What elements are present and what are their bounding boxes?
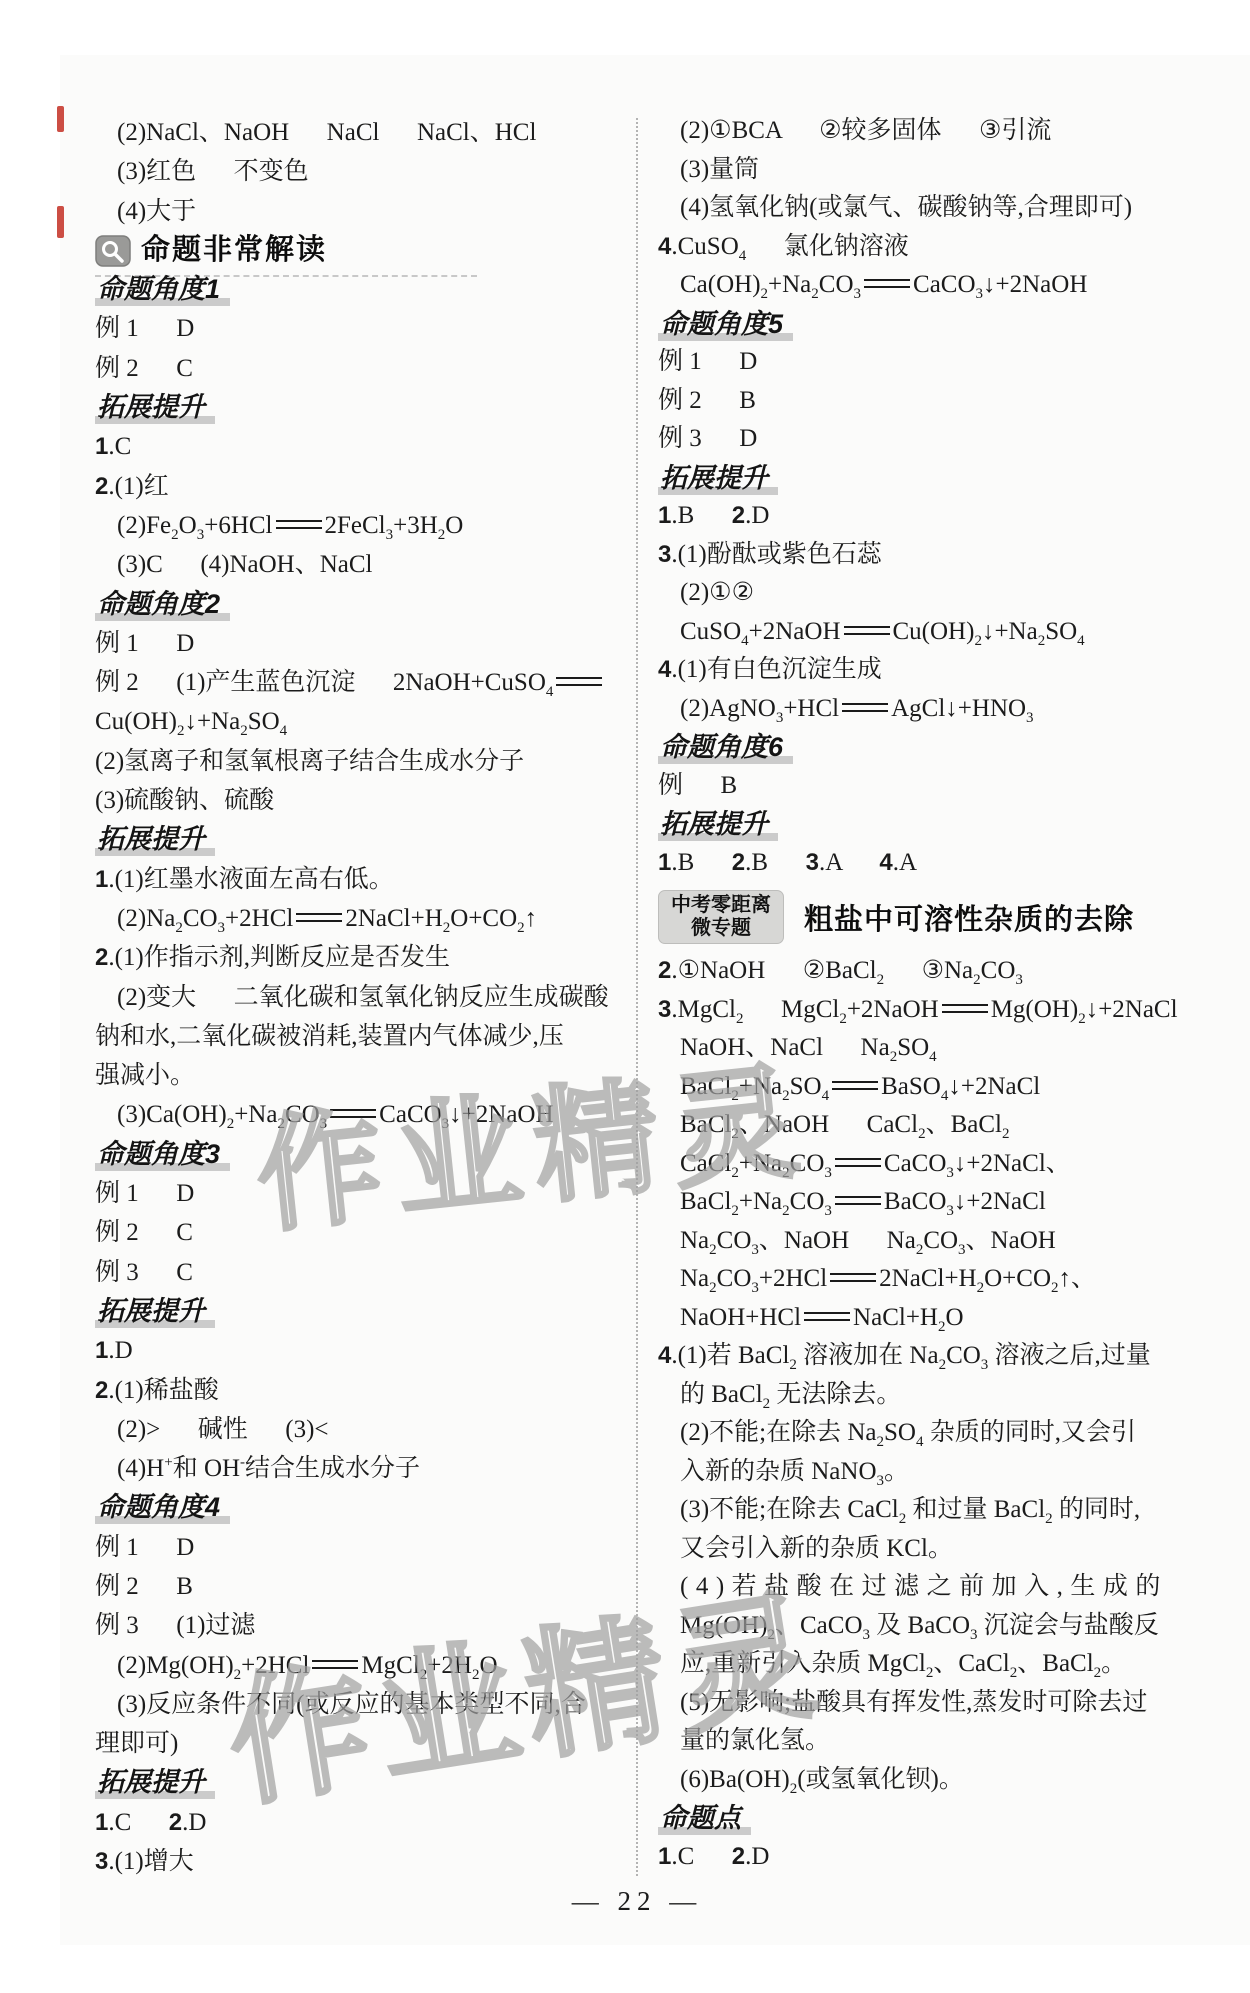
sub-heading: 拓展提升 (658, 459, 1203, 498)
answer-line: (2)Mg(OH)2+2HClMgCl2+2H2O (95, 1646, 640, 1685)
heading-text: 拓展提升 (95, 392, 215, 424)
answer-line: 4.CuSO4 氯化钠溶液 (658, 228, 1203, 267)
special-topic-title: 粗盐中可溶性杂质的去除 (804, 897, 1134, 938)
answer-line: 例 2 C (95, 1213, 640, 1252)
answer-line: 2.①NaOH ②BaCl2 ③Na2CO3 (658, 952, 1203, 991)
answer-line: 例 2 C (95, 349, 640, 388)
answer-line: 应,重新引入杂质 MgCl2、CaCl2、BaCl2。 (658, 1645, 1203, 1684)
scanned-answer-page: (2)NaCl、NaOH NaCl NaCl、HCl(3)红色 不变色(4)大于… (0, 0, 1250, 1993)
answer-line: 3.MgCl2 MgCl2+2NaOHMg(OH)2↓+2NaCl (658, 991, 1203, 1030)
answer-line: (3)C (4)NaOH、NaCl (95, 545, 640, 584)
heading-text: 命题角度4 (95, 1492, 230, 1524)
double-equals (844, 626, 890, 635)
answer-line: (2)氢离子和氢氧根离子结合生成水分子 (95, 742, 640, 781)
double-equals (296, 913, 342, 922)
answer-line: 例 1 D (95, 624, 640, 663)
answer-line: 1.C (95, 427, 640, 466)
answer-line: (3)不能;在除去 CaCl2 和过量 BaCl2 的同时, (658, 1491, 1203, 1530)
angle-heading: 命题角度6 (658, 728, 1203, 767)
answer-line: 3.(1)酚酞或紫色石蕊 (658, 536, 1203, 575)
answer-line: 例 3 (1)过滤 (95, 1606, 640, 1645)
heading-text: 拓展提升 (95, 1296, 215, 1328)
sub-heading: 拓展提升 (95, 1292, 640, 1331)
special-topic-row: 中考零距离微专题粗盐中可溶性杂质的去除 (658, 882, 1203, 952)
heading-text: 命题点 (658, 1803, 751, 1835)
answer-line: Na2CO3+2HCl2NaCl+H2O+CO2↑、 (658, 1260, 1203, 1299)
heading-text: 命题角度3 (95, 1139, 230, 1171)
right-column: (2)①BCA ②较多固体 ③引流(3)量筒(4)氢氧化钠(或氯气、碳酸钠等,合… (658, 112, 1203, 1876)
page-number: — 22 — (572, 1886, 703, 1916)
answer-line: (2)①② (658, 574, 1203, 613)
double-equals (842, 703, 888, 712)
answer-line: 1.B 2.D (658, 497, 1203, 536)
answer-line: 1.C 2.D (658, 1838, 1203, 1877)
answer-line: (2)不能;在除去 Na2SO4 杂质的同时,又会引 (658, 1414, 1203, 1453)
answer-line: 例 3 C (95, 1253, 640, 1292)
answer-line: 2.(1)红 (95, 467, 640, 506)
answer-line: CaCl2+Na2CO3CaCO3↓+2NaCl、 (658, 1145, 1203, 1184)
answer-line: 例 2 B (95, 1567, 640, 1606)
answer-line: 入新的杂质 NaNO3。 (658, 1453, 1203, 1492)
section-header-title: 命题非常解读 (141, 231, 327, 270)
answer-line: (3)硫酸钠、硫酸 (95, 781, 640, 820)
answer-line: (4)氢氧化钠(或氯气、碳酸钠等,合理即可) (658, 189, 1203, 228)
answer-line: (2)> 碱性 (3)< (95, 1410, 640, 1449)
answer-line: 例 1 D (658, 343, 1203, 382)
double-equals (556, 677, 602, 686)
special-topic-badge: 中考零距离微专题 (658, 890, 784, 944)
heading-text: 命题角度5 (658, 309, 793, 341)
sub-heading: 拓展提升 (658, 805, 1203, 844)
double-equals (276, 520, 322, 529)
left-column: (2)NaCl、NaOH NaCl NaCl、HCl(3)红色 不变色(4)大于… (95, 113, 640, 1881)
section-header: 命题非常解读 (95, 231, 640, 270)
answer-line: (2)AgNO3+HClAgCl↓+HNO3 (658, 690, 1203, 729)
angle-heading: 命题角度3 (95, 1135, 640, 1174)
sub-heading: 拓展提升 (95, 1763, 640, 1802)
magnifier-icon (95, 234, 131, 268)
red-scan-mark (57, 106, 64, 132)
answer-line: 4.(1)若 BaCl2 溶液加在 Na2CO3 溶液之后,过量 (658, 1337, 1203, 1376)
heading-text: 拓展提升 (658, 463, 778, 495)
answer-line: 例 B (658, 767, 1203, 806)
answer-line: (3)反应条件不同(或反应的基本类型不同,合 (95, 1685, 640, 1724)
answer-line: Na2CO3、NaOH Na2CO3、NaOH (658, 1222, 1203, 1261)
answer-line: 4.(1)有白色沉淀生成 (658, 651, 1203, 690)
answer-line: 强减小。 (95, 1056, 640, 1095)
answer-line: (4)若盐酸在过滤之前加入,生成的 (658, 1568, 1203, 1607)
answer-line: 例 3 D (658, 420, 1203, 459)
answer-line: 1.B 2.B 3.A 4.A (658, 844, 1203, 883)
answer-line: 又会引入新的杂质 KCl。 (658, 1530, 1203, 1569)
answer-line: Cu(OH)2↓+Na2SO4 (95, 702, 640, 741)
answer-line: NaOH、NaCl Na2SO4 (658, 1029, 1203, 1068)
answer-line: 2.(1)作指示剂,判断反应是否发生 (95, 938, 640, 977)
answer-line: 3.(1)增大 (95, 1842, 640, 1881)
answer-line: NaOH+HClNaCl+H2O (658, 1299, 1203, 1338)
answer-line: 例 2 B (658, 382, 1203, 421)
answer-line: 1.(1)红墨水液面左高右低。 (95, 860, 640, 899)
answer-line: (4)H+和 OH-结合生成水分子 (95, 1449, 640, 1488)
answer-line: (3)红色 不变色 (95, 152, 640, 191)
answer-line: 2.(1)稀盐酸 (95, 1371, 640, 1410)
sub-heading: 拓展提升 (95, 820, 640, 859)
answer-line: 的 BaCl2 无法除去。 (658, 1376, 1203, 1415)
answer-line: CuSO4+2NaOHCu(OH)2↓+Na2SO4 (658, 613, 1203, 652)
double-equals (832, 1081, 878, 1090)
sub-heading: 拓展提升 (95, 388, 640, 427)
answer-line: 1.C 2.D (95, 1803, 640, 1842)
double-equals (804, 1312, 850, 1321)
answer-line: (3)Ca(OH)2+Na2CO3CaCO3↓+2NaOH (95, 1095, 640, 1134)
answer-line: Ca(OH)2+Na2CO3CaCO3↓+2NaOH (658, 266, 1203, 305)
heading-text: 拓展提升 (658, 809, 778, 841)
sub-heading: 命题点 (658, 1799, 1203, 1838)
answer-line: (2)Fe2O3+6HCl2FeCl3+3H2O (95, 506, 640, 545)
answer-line: (5)无影响;盐酸具有挥发性,蒸发时可除去过 (658, 1684, 1203, 1723)
answer-line: (3)量筒 (658, 151, 1203, 190)
answer-line: (2)Na2CO3+2HCl2NaCl+H2O+CO2↑ (95, 899, 640, 938)
angle-heading: 命题角度2 (95, 585, 640, 624)
double-equals (835, 1196, 881, 1205)
answer-line: BaCl2+Na2CO3BaCO3↓+2NaCl (658, 1183, 1203, 1222)
double-equals (312, 1660, 358, 1669)
heading-text: 命题角度1 (95, 274, 230, 306)
double-equals (864, 279, 910, 288)
answer-line: 理即可) (95, 1724, 640, 1763)
answer-line: (2)NaCl、NaOH NaCl NaCl、HCl (95, 113, 640, 152)
heading-text: 命题角度6 (658, 732, 793, 764)
answer-line: BaCl2+Na2SO4BaSO4↓+2NaCl (658, 1068, 1203, 1107)
answer-line: BaCl2、NaOH CaCl2、BaCl2 (658, 1106, 1203, 1145)
answer-line: (4)大于 (95, 192, 640, 231)
page-footer: — 22 — (0, 1886, 1250, 1917)
answer-line: 例 1 D (95, 309, 640, 348)
answer-line: 量的氯化氢。 (658, 1722, 1203, 1761)
red-scan-mark (57, 206, 64, 238)
answer-line: 例 1 D (95, 1174, 640, 1213)
heading-text: 命题角度2 (95, 589, 230, 621)
double-equals (835, 1158, 881, 1167)
answer-line: 例 2 (1)产生蓝色沉淀 2NaOH+CuSO4 (95, 663, 640, 702)
answer-line: (6)Ba(OH)2(或氢氧化钡)。 (658, 1761, 1203, 1800)
answer-line: 钠和水,二氧化碳被消耗,装置内气体减少,压 (95, 1017, 640, 1056)
heading-text: 拓展提升 (95, 824, 215, 856)
double-equals (330, 1109, 376, 1118)
double-equals (942, 1004, 988, 1013)
angle-heading: 命题角度5 (658, 305, 1203, 344)
angle-heading: 命题角度4 (95, 1488, 640, 1527)
answer-line: (2)①BCA ②较多固体 ③引流 (658, 112, 1203, 151)
heading-text: 拓展提升 (95, 1767, 215, 1799)
answer-line: 例 1 D (95, 1528, 640, 1567)
answer-line: (2)变大 二氧化碳和氢氧化钠反应生成碳酸 (95, 978, 640, 1017)
double-equals (830, 1273, 876, 1282)
answer-line: 1.D (95, 1331, 640, 1370)
answer-line: Mg(OH)2、CaCO3 及 BaCO3 沉淀会与盐酸反 (658, 1607, 1203, 1646)
